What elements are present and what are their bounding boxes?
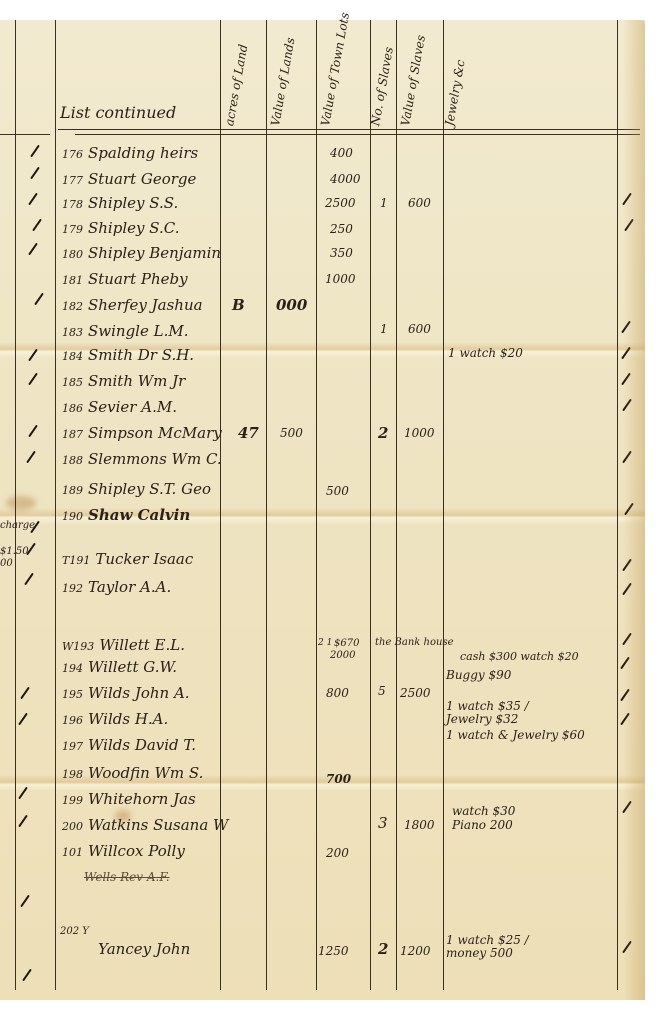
- check-mark: [621, 373, 631, 386]
- handwritten-text: 184Smith Dr S.H.: [62, 346, 194, 364]
- jewelry-note: watch $30: [452, 804, 515, 818]
- handwritten-text: 197: [62, 740, 83, 753]
- taxpayer-name: Willcox Polly: [88, 842, 185, 860]
- handwritten-text: 185Smith Wm Jr: [62, 372, 185, 390]
- town-lots-value: 1250: [318, 944, 349, 958]
- check-mark: [622, 633, 632, 646]
- taxpayer-name: Wilds John A.: [88, 684, 190, 702]
- handwritten-text: 185: [62, 376, 83, 389]
- col-header-town-lots: Value of Town Lots: [319, 12, 352, 127]
- ledger-page: List continued acres of Land Value of La…: [0, 20, 645, 1000]
- taxpayer-name: Spalding heirs: [88, 144, 198, 162]
- jewelry-note: 1 watch $20: [448, 346, 523, 360]
- slave-count: 1: [380, 196, 388, 210]
- check-mark: [622, 399, 632, 412]
- taxpayer-name: Woodfin Wm S.: [88, 764, 203, 782]
- jewelry-note: Piano 200: [452, 818, 513, 832]
- taxpayer-name: Whitehorn Jas: [88, 790, 196, 808]
- check-mark: [620, 713, 630, 726]
- handwritten-text: 199Whitehorn Jas: [62, 790, 196, 808]
- handwritten-text: 184: [62, 350, 83, 363]
- town-lots-value: 2000: [330, 650, 355, 661]
- handwritten-text: 181Stuart Pheby: [62, 270, 188, 288]
- column-rule: [55, 20, 56, 990]
- handwritten-text: 182: [62, 300, 83, 313]
- check-mark: [622, 583, 632, 596]
- taxpayer-name: Shaw Calvin: [88, 506, 190, 524]
- check-mark: [28, 243, 38, 256]
- row-number: 202 Y: [60, 926, 89, 937]
- handwritten-text: 188Slemmons Wm C.: [62, 450, 222, 468]
- handwritten-text: 200: [62, 820, 83, 833]
- taxpayer-name: Shipley S.C.: [88, 219, 179, 237]
- handwritten-text: T191: [62, 554, 90, 567]
- handwritten-text: 199: [62, 794, 83, 807]
- taxpayer-name: Simpson McMary: [88, 424, 222, 442]
- jewelry-note: the Bank house: [375, 637, 454, 648]
- town-lots-value: 400: [330, 146, 353, 160]
- handwritten-text: 180: [62, 248, 83, 261]
- taxpayer-name: Smith Dr S.H.: [88, 346, 194, 364]
- slave-value: 1800: [404, 818, 435, 832]
- column-rule: [370, 20, 371, 990]
- handwritten-text: 181: [62, 274, 83, 287]
- taxpayer-name: Swingle L.M.: [88, 322, 188, 340]
- col-header-jewelry: Jewelry &c: [443, 59, 467, 127]
- handwritten-text: 176Spalding heirs: [62, 144, 198, 162]
- check-mark: [28, 373, 38, 386]
- handwritten-text: 190Shaw Calvin: [62, 506, 190, 524]
- handwritten-text: 195Wilds John A.: [62, 684, 190, 702]
- town-lots-value: 4000: [330, 172, 361, 186]
- handwritten-text: 200Watkins Susana W: [62, 816, 228, 834]
- check-mark: [620, 657, 630, 670]
- check-mark: [22, 969, 32, 982]
- handwritten-text: 183: [62, 326, 83, 339]
- handwritten-text: 187Simpson McMary: [62, 424, 222, 442]
- check-mark: [18, 713, 28, 726]
- taxpayer-name: Wilds H.A.: [88, 710, 168, 728]
- handwritten-text: 178: [62, 198, 83, 211]
- town-lots-value: 800: [326, 686, 349, 700]
- handwritten-text: 182Sherfey Jashua: [62, 296, 203, 314]
- slave-value: 600: [408, 322, 431, 336]
- handwritten-text: 189: [62, 484, 83, 497]
- margin-note-amount-sub: 00: [0, 558, 13, 569]
- slave-value: 2500: [400, 686, 431, 700]
- col-header-slave-value: Value of Slaves: [399, 34, 428, 127]
- check-mark: [621, 347, 631, 360]
- check-mark: [28, 425, 38, 438]
- handwritten-text: 192Taylor A.A.: [62, 578, 171, 596]
- town-lots-value: 500: [326, 484, 349, 498]
- check-mark: [20, 895, 30, 908]
- handwritten-text: 194: [62, 662, 83, 675]
- slave-count: 3: [378, 814, 388, 832]
- jewelry-note: 1 watch $25 / money 500: [446, 934, 566, 960]
- column-rule: [15, 20, 16, 990]
- taxpayer-name: Tucker Isaac: [95, 550, 193, 568]
- check-mark: [624, 219, 634, 232]
- slave-count: 5: [378, 684, 386, 698]
- slave-value: 1200: [400, 944, 431, 958]
- handwritten-text: 196Wilds H.A.: [62, 710, 168, 728]
- column-rule: [220, 20, 221, 990]
- slave-count: 2: [378, 940, 388, 958]
- acres-value: B: [232, 296, 245, 314]
- check-mark: [24, 573, 34, 586]
- handwritten-text: 198Woodfin Wm S.: [62, 764, 203, 782]
- handwritten-text: 186Sevier A.M.: [62, 398, 177, 416]
- check-mark: [622, 451, 632, 464]
- check-mark: [18, 815, 28, 828]
- check-mark: [30, 145, 40, 158]
- taxpayer-name: Slemmons Wm C.: [88, 450, 222, 468]
- column-rule: [617, 20, 618, 990]
- check-mark: [26, 451, 36, 464]
- header-rule: [75, 134, 640, 135]
- handwritten-text: 180Shipley Benjamin: [62, 244, 221, 262]
- taxpayer-name: Shipley S.S.: [88, 194, 178, 212]
- column-rule: [316, 20, 317, 990]
- jewelry-note: 1 watch $35 / Jewelry $32: [446, 700, 556, 726]
- handwritten-text: 194Willett G.W.: [62, 658, 177, 676]
- handwritten-text: 179Shipley S.C.: [62, 219, 179, 237]
- check-mark: [34, 293, 44, 306]
- town-lots-value: 2500: [325, 196, 356, 210]
- taxpayer-name: Shipley Benjamin: [88, 244, 221, 262]
- list-title: List continued: [60, 106, 176, 119]
- stain: [6, 496, 36, 510]
- check-mark: [32, 219, 42, 232]
- handwritten-text: 177Stuart George: [62, 170, 196, 188]
- check-mark: [624, 503, 634, 516]
- handwritten-text: 189Shipley S.T. Geo: [62, 480, 211, 498]
- handwritten-text: 196: [62, 714, 83, 727]
- handwritten-text: 178Shipley S.S.: [62, 194, 178, 212]
- town-lots-value: 700: [326, 772, 351, 786]
- land-value: 000: [276, 296, 307, 314]
- taxpayer-name: Watkins Susana W: [88, 816, 228, 834]
- handwritten-text: 188: [62, 454, 83, 467]
- town-lots-value: 350: [330, 246, 353, 260]
- check-mark: [622, 193, 632, 206]
- taxpayer-name: Willett G.W.: [88, 658, 177, 676]
- taxpayer-name: Sevier A.M.: [88, 398, 177, 416]
- town-lots-value: 200: [326, 846, 349, 860]
- town-lots-value: 1000: [325, 272, 356, 286]
- handwritten-text: 176: [62, 148, 83, 161]
- acres-value: 47: [238, 424, 259, 442]
- handwritten-text: 192: [62, 582, 83, 595]
- column-rule: [443, 20, 444, 990]
- taxpayer-name: Yancey John: [98, 940, 190, 958]
- handwritten-text: 179: [62, 223, 83, 236]
- col-header-acres: acres of Land: [223, 43, 250, 127]
- handwritten-text: 101: [62, 846, 83, 859]
- handwritten-text: 197Wilds David T.: [62, 736, 196, 754]
- struck-name: Wells Rev A.F.: [84, 870, 170, 884]
- margin-note-amount: $1.50: [0, 546, 29, 557]
- taxpayer-name: Stuart Pheby: [88, 270, 188, 288]
- header-rule: [58, 129, 640, 130]
- handwritten-text: 101Willcox Polly: [62, 842, 185, 860]
- col-header-slaves: No. of Slaves: [369, 46, 396, 127]
- header-rule: [0, 134, 50, 135]
- taxpayer-name: Shipley S.T. Geo: [88, 480, 211, 498]
- handwritten-text: 186: [62, 402, 83, 415]
- handwritten-text: W193Willett E.L.: [62, 636, 185, 654]
- town-lots-value: $670: [334, 638, 359, 649]
- lot-marker: 2 1: [318, 638, 332, 648]
- town-lots-value: 250: [330, 222, 353, 236]
- handwritten-text: W193: [62, 640, 94, 653]
- taxpayer-name: Wilds David T.: [88, 736, 196, 754]
- jewelry-note: 1 watch & Jewelry $60: [446, 728, 585, 742]
- slave-value: 1000: [404, 426, 435, 440]
- margin-note-charge: charge: [0, 520, 35, 531]
- handwritten-text: 190: [62, 510, 83, 523]
- check-mark: [622, 801, 632, 814]
- slave-count: 2: [378, 424, 388, 442]
- column-rule: [396, 20, 397, 990]
- handwritten-text: 177: [62, 174, 83, 187]
- taxpayer-name: Willett E.L.: [99, 636, 185, 654]
- check-mark: [28, 193, 38, 206]
- check-mark: [20, 687, 30, 700]
- handwritten-text: 183Swingle L.M.: [62, 322, 188, 340]
- check-mark: [621, 321, 631, 334]
- jewelry-note: Buggy $90: [446, 668, 511, 682]
- handwritten-text: T191Tucker Isaac: [62, 550, 193, 568]
- handwritten-text: 187: [62, 428, 83, 441]
- check-mark: [622, 941, 632, 954]
- jewelry-note: cash $300 watch $20: [460, 650, 579, 663]
- taxpayer-name: Stuart George: [88, 170, 196, 188]
- col-header-land-value: Value of Lands: [269, 37, 297, 127]
- handwritten-text: 198: [62, 768, 83, 781]
- column-rule: [266, 20, 267, 990]
- slave-value: 600: [408, 196, 431, 210]
- handwritten-text: 195: [62, 688, 83, 701]
- taxpayer-name: Sherfey Jashua: [88, 296, 203, 314]
- taxpayer-name: Smith Wm Jr: [88, 372, 185, 390]
- taxpayer-name: Taylor A.A.: [88, 578, 171, 596]
- check-mark: [620, 689, 630, 702]
- land-value: 500: [280, 426, 303, 440]
- check-mark: [30, 167, 40, 180]
- slave-count: 1: [380, 322, 388, 336]
- check-mark: [622, 559, 632, 572]
